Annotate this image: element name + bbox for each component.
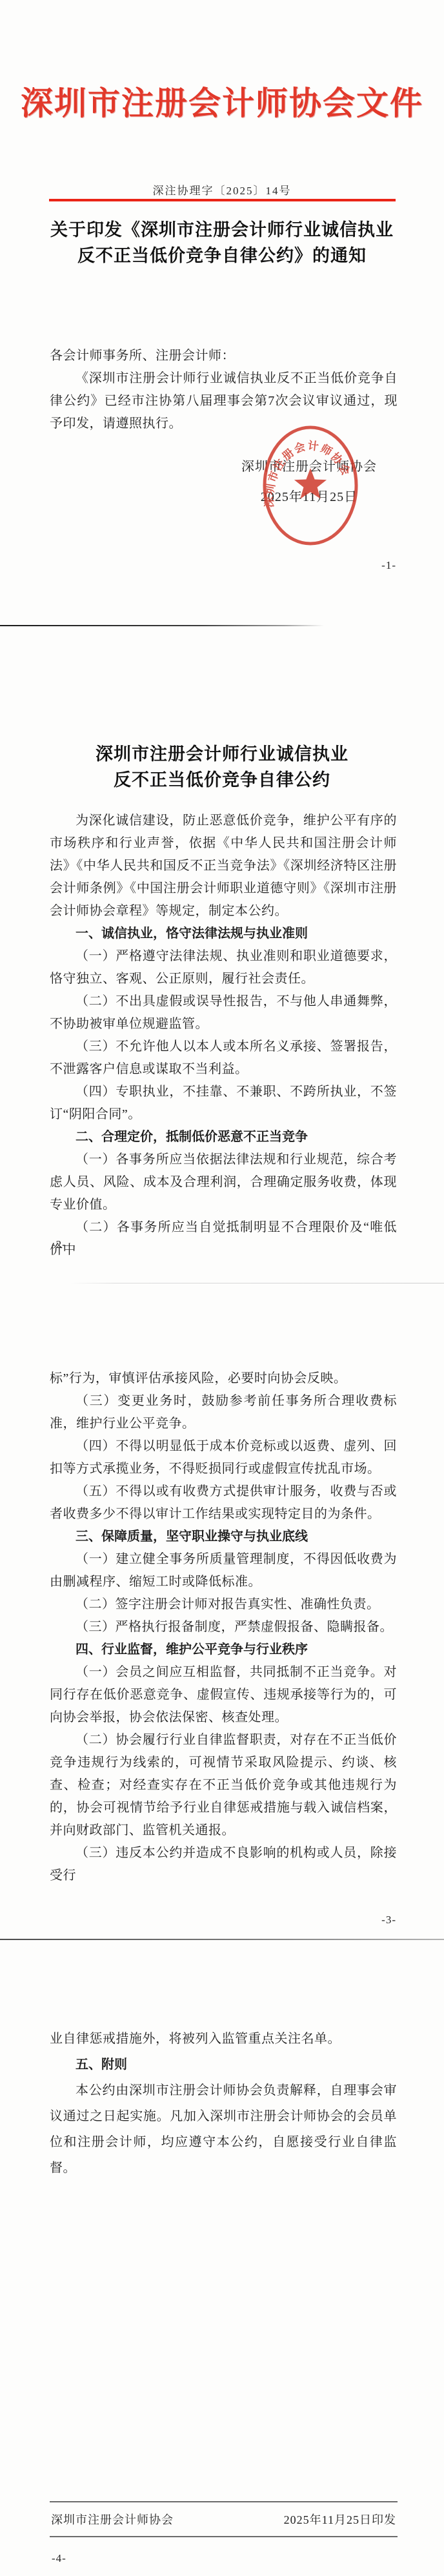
pact-paragraph: （一）严格遵守法律法规、执业准则和职业道德要求，恪守独立、客观、公正原则，履行社…	[50, 945, 397, 990]
page-2: 深圳市注册会计师行业诚信执业 反不正当低价竞争自律公约 为深化诚信建设，防止恶意…	[0, 626, 444, 1283]
section-heading: 四、行业监督，维护公平竞争与行业秩序	[50, 1639, 397, 1661]
pact-title-line2: 反不正当低价竞争自律公约	[114, 770, 330, 790]
footer-print-date: 2025年11月25日印发	[284, 2511, 396, 2528]
pact-paragraph: （三）变更业务时，鼓励参考前任事务所合理收费标准，维护行业公平竞争。	[50, 1390, 397, 1435]
sign-date: 2025年11月25日	[241, 482, 377, 513]
footer-issuer: 深圳市注册会计师协会	[51, 2511, 174, 2528]
page-4: 业自律惩戒措施外，将被列入监管重点关注名单。五、附则本公约由深圳市注册会计师协会…	[0, 1940, 444, 2576]
salutation: 各会计师事务所、注册会计师：	[50, 345, 235, 363]
pact-content-page3: 标”行为，审慎评估承接风险，必要时向协会反映。（三）变更业务时，鼓励参考前任事务…	[50, 1367, 397, 1887]
pact-paragraph: （三）严格执行报备制度，严禁虚假报备、隐瞒报备。	[50, 1616, 397, 1639]
pact-title-line1: 深圳市注册会计师行业诚信执业	[96, 744, 348, 764]
signature-block: 深圳市注册会计师协会 2025年11月25日	[241, 452, 377, 513]
pact-title: 深圳市注册会计师行业诚信执业 反不正当低价竞争自律公约	[0, 741, 444, 793]
pact-paragraph: 本公约由深圳市注册会计师协会负责解释，自理事会审议通过之日起实施。凡加入深圳市注…	[50, 2078, 397, 2181]
pact-content-page2: 为深化诚信建设，防止恶意低价竞争，维护公平有序的市场秩序和行业声誉，依据《中华人…	[50, 810, 397, 1262]
pact-paragraph: （三）不允许他人以本人或本所名义承接、签署报告，不泄露客户信息或谋取不当利益。	[50, 1036, 397, 1081]
org-header: 深圳市注册会计师协会文件	[0, 77, 444, 124]
section-heading: 三、保障质量，坚守职业操守与执业底线	[50, 1526, 397, 1548]
pact-paragraph: 业自律惩戒措施外，将被列入监管重点关注名单。	[50, 2026, 397, 2052]
pact-paragraph: （四）不得以明显低于成本价竞标或以返费、虚列、回扣等方式承揽业务，不得贬损同行或…	[50, 1435, 397, 1480]
signer-name: 深圳市注册会计师协会	[241, 452, 377, 482]
pact-paragraph: （五）不得以或有收费方式提供审计服务，收费与否或者收费多少不得以审计工作结果或实…	[50, 1480, 397, 1526]
official-document: 深圳市注册会计师协会文件 深注协理字〔2025〕14号 关于印发《深圳市注册会计…	[0, 0, 444, 2576]
notice-body: 《深圳市注册会计师行业诚信执业反不正当低价竞争自律公约》已经市注协第八届理事会第…	[50, 367, 398, 435]
pact-paragraph: （一）建立健全事务所质量管理制度，不得因低收费为由删减程序、缩短工时或降低标准。	[50, 1548, 397, 1593]
print-footer: 深圳市注册会计师协会 2025年11月25日印发	[50, 2501, 398, 2537]
pact-content-page4: 业自律惩戒措施外，将被列入监管重点关注名单。五、附则本公约由深圳市注册会计师协会…	[50, 2026, 397, 2181]
pact-paragraph: （一）会员之间应互相监督，共同抵制不正当竞争。对同行存在低价恶意竞争、虚假宣传、…	[50, 1661, 397, 1729]
pact-paragraph: （二）各事务所应当自觉抵制明显不合理限价及“唯低价中	[50, 1216, 397, 1262]
pact-paragraph: （二）签字注册会计师对报告真实性、准确性负责。	[50, 1593, 397, 1616]
section-heading: 二、合理定价，抵制低价恶意不正当竞争	[50, 1126, 397, 1149]
page-number-3: -3-	[381, 1914, 396, 1927]
section-heading: 五、附则	[50, 2052, 397, 2078]
pact-paragraph: （四）专职执业，不挂靠、不兼职、不跨所执业，不签订“阴阳合同”。	[50, 1081, 397, 1126]
page-number-2: -2-	[52, 1238, 66, 1251]
red-divider	[49, 199, 396, 201]
page-3: 标”行为，审慎评估承接风险，必要时向协会反映。（三）变更业务时，鼓励参考前任事务…	[0, 1283, 444, 1939]
pact-paragraph: （三）违反本公约并造成不良影响的机构或人员，除接受行	[50, 1842, 397, 1887]
notice-title: 关于印发《深圳市注册会计师行业诚信执业 反不正当低价竞争自律公约》的通知	[0, 217, 444, 269]
pact-paragraph: 标”行为，审慎评估承接风险，必要时向协会反映。	[50, 1367, 397, 1390]
page-number-4: -4-	[52, 2552, 66, 2565]
notice-title-line2: 反不正当低价竞争自律公约》的通知	[77, 246, 367, 265]
notice-title-line1: 关于印发《深圳市注册会计师行业诚信执业	[50, 220, 394, 240]
section-heading: 一、诚信执业，恪守法律法规与执业准则	[50, 923, 397, 945]
pact-paragraph: 为深化诚信建设，防止恶意低价竞争，维护公平有序的市场秩序和行业声誉，依据《中华人…	[50, 810, 397, 923]
pact-paragraph: （一）各事务所应当依据法律法规和行业规范，综合考虑人员、风险、成本及合理利润，合…	[50, 1149, 397, 1216]
page-1: 深圳市注册会计师协会文件 深注协理字〔2025〕14号 关于印发《深圳市注册会计…	[0, 0, 444, 625]
pact-paragraph: （二）协会履行行业自律监督职责，对存在不正当低价竞争违规行为线索的，可视情节采取…	[50, 1729, 397, 1842]
doc-number: 深注协理字〔2025〕14号	[0, 181, 444, 198]
page-number-1: -1-	[381, 559, 396, 572]
pact-paragraph: （二）不出具虚假或误导性报告，不与他人串通舞弊，不协助被审单位规避监管。	[50, 990, 397, 1036]
